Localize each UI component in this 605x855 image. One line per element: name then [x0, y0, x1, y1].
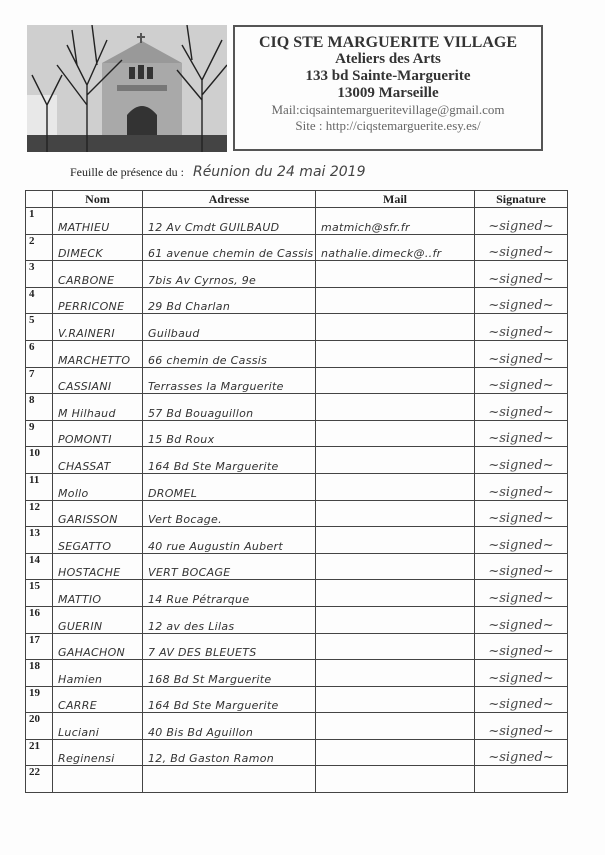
- row-mail-cell: [316, 633, 475, 660]
- row-signature: ~signed~: [475, 245, 567, 260]
- table-row: 6MARCHETTO66 chemin de Cassis~signed~: [26, 340, 568, 367]
- row-number-cell: 21: [26, 739, 53, 766]
- row-mail-cell: [316, 314, 475, 341]
- row-mail-cell: nathalie.dimeck@..fr: [316, 234, 475, 261]
- row-signature-cell: ~signed~: [475, 553, 568, 580]
- col-signature: Signature: [475, 191, 568, 208]
- row-number-cell: 17: [26, 633, 53, 660]
- row-number-cell: 3: [26, 261, 53, 288]
- row-signature-cell: ~signed~: [475, 420, 568, 447]
- row-number-cell: 4: [26, 287, 53, 314]
- row-nom-cell: Luciani: [53, 713, 143, 740]
- row-adresse: 61 avenue chemin de Cassis: [143, 247, 315, 260]
- row-mail-cell: [316, 394, 475, 421]
- row-signature-cell: ~signed~: [475, 314, 568, 341]
- row-adresse: 168 Bd St Marguerite: [143, 673, 315, 686]
- col-mail: Mail: [316, 191, 475, 208]
- row-adresse-cell: 14 Rue Pétrarque: [143, 580, 316, 607]
- row-nom-cell: CARBONE: [53, 261, 143, 288]
- row-adresse: VERT BOCAGE: [143, 566, 315, 579]
- row-adresse: 7bis Av Cyrnos, 9e: [143, 274, 315, 287]
- row-nom: POMONTI: [53, 433, 142, 446]
- row-mail-cell: [316, 606, 475, 633]
- row-nom-cell: GARISSON: [53, 500, 143, 527]
- table-row: 5V.RAINERIGuilbaud~signed~: [26, 314, 568, 341]
- table-row: 11MolloDROMEL~signed~: [26, 473, 568, 500]
- row-signature-cell: ~signed~: [475, 261, 568, 288]
- row-nom-cell: CASSIANI: [53, 367, 143, 394]
- row-signature: ~signed~: [475, 325, 567, 340]
- row-adresse: Terrasses la Marguerite: [143, 380, 315, 393]
- row-adresse-cell: Vert Bocage.: [143, 500, 316, 527]
- row-adresse-cell: 12 Av Cmdt GUILBAUD: [143, 208, 316, 235]
- row-nom-cell: Reginensi: [53, 739, 143, 766]
- meeting-name: Réunion du 24 mai 2019: [193, 164, 366, 180]
- row-mail-cell: [316, 447, 475, 474]
- row-nom: DIMECK: [53, 247, 142, 260]
- row-mail-cell: [316, 527, 475, 554]
- row-adresse-cell: [143, 766, 316, 793]
- row-number-cell: 8: [26, 394, 53, 421]
- row-signature-cell: ~signed~: [475, 287, 568, 314]
- row-number-cell: 9: [26, 420, 53, 447]
- row-nom: SEGATTO: [53, 540, 142, 553]
- row-adresse-cell: 7 AV DES BLEUETS: [143, 633, 316, 660]
- row-number-cell: 2: [26, 234, 53, 261]
- row-nom-cell: MATHIEU: [53, 208, 143, 235]
- attendance-sheet-line: Feuille de présence du : Réunion du 24 m…: [70, 164, 366, 180]
- row-signature: ~signed~: [475, 538, 567, 553]
- row-signature-cell: ~signed~: [475, 234, 568, 261]
- row-adresse-cell: 168 Bd St Marguerite: [143, 660, 316, 687]
- row-adresse-cell: DROMEL: [143, 473, 316, 500]
- header-box: CIQ STE MARGUERITE VILLAGE Ateliers des …: [233, 25, 543, 151]
- row-nom: HOSTACHE: [53, 566, 142, 579]
- contact-mail: Mail:ciqsaintemargueritevillage@gmail.co…: [235, 102, 541, 118]
- row-mail: nathalie.dimeck@..fr: [316, 247, 474, 260]
- row-nom-cell: Mollo: [53, 473, 143, 500]
- row-adresse: 164 Bd Ste Marguerite: [143, 460, 315, 473]
- row-adresse-cell: 12 av des Lilas: [143, 606, 316, 633]
- church-photo: [27, 25, 227, 152]
- row-mail-cell: [316, 287, 475, 314]
- row-nom-cell: GUERIN: [53, 606, 143, 633]
- row-nom: Luciani: [53, 726, 142, 739]
- row-nom: GARISSON: [53, 513, 142, 526]
- table-row: 13SEGATTO40 rue Augustin Aubert~signed~: [26, 527, 568, 554]
- row-adresse-cell: 15 Bd Roux: [143, 420, 316, 447]
- row-nom-cell: V.RAINERI: [53, 314, 143, 341]
- table-row: 17GAHACHON7 AV DES BLEUETS~signed~: [26, 633, 568, 660]
- row-mail-cell: [316, 473, 475, 500]
- row-adresse: Guilbaud: [143, 327, 315, 340]
- row-number-cell: 20: [26, 713, 53, 740]
- row-nom: CARBONE: [53, 274, 142, 287]
- row-signature-cell: ~signed~: [475, 473, 568, 500]
- row-mail-cell: matmich@sfr.fr: [316, 208, 475, 235]
- table-row: 8M Hilhaud57 Bd Bouaguillon~signed~: [26, 394, 568, 421]
- row-adresse-cell: 61 avenue chemin de Cassis: [143, 234, 316, 261]
- row-mail-cell: [316, 739, 475, 766]
- row-nom-cell: Hamien: [53, 660, 143, 687]
- row-number-cell: 12: [26, 500, 53, 527]
- table-row: 21Reginensi12, Bd Gaston Ramon~signed~: [26, 739, 568, 766]
- row-adresse-cell: 164 Bd Ste Marguerite: [143, 447, 316, 474]
- row-number-cell: 13: [26, 527, 53, 554]
- row-number-cell: 18: [26, 660, 53, 687]
- col-number: [26, 191, 53, 208]
- table-row: 2DIMECK61 avenue chemin de Cassisnathali…: [26, 234, 568, 261]
- table-row: 22: [26, 766, 568, 793]
- table-header-row: Nom Adresse Mail Signature: [26, 191, 568, 208]
- row-nom: GUERIN: [53, 620, 142, 633]
- row-adresse-cell: VERT BOCAGE: [143, 553, 316, 580]
- row-nom: Mollo: [53, 487, 142, 500]
- row-signature: ~signed~: [475, 219, 567, 234]
- row-nom-cell: MATTIO: [53, 580, 143, 607]
- row-adresse-cell: 40 rue Augustin Aubert: [143, 527, 316, 554]
- row-signature: ~signed~: [475, 697, 567, 712]
- row-number-cell: 19: [26, 686, 53, 713]
- row-nom: V.RAINERI: [53, 327, 142, 340]
- row-nom-cell: DIMECK: [53, 234, 143, 261]
- table-row: 9POMONTI15 Bd Roux~signed~: [26, 420, 568, 447]
- row-mail-cell: [316, 340, 475, 367]
- row-nom-cell: SEGATTO: [53, 527, 143, 554]
- row-nom-cell: MARCHETTO: [53, 340, 143, 367]
- row-mail-cell: [316, 686, 475, 713]
- venue: Ateliers des Arts: [235, 51, 541, 68]
- row-nom-cell: GAHACHON: [53, 633, 143, 660]
- row-signature-cell: ~signed~: [475, 580, 568, 607]
- row-signature-cell: ~signed~: [475, 686, 568, 713]
- table-row: 7CASSIANITerrasses la Marguerite~signed~: [26, 367, 568, 394]
- row-nom: M Hilhaud: [53, 407, 142, 420]
- row-signature-cell: ~signed~: [475, 394, 568, 421]
- row-adresse-cell: 7bis Av Cyrnos, 9e: [143, 261, 316, 288]
- row-signature: ~signed~: [475, 618, 567, 633]
- org-name: CIQ STE MARGUERITE VILLAGE: [235, 34, 541, 51]
- row-signature: ~signed~: [475, 591, 567, 606]
- row-adresse: 57 Bd Bouaguillon: [143, 407, 315, 420]
- row-adresse-cell: 40 Bis Bd Aguillon: [143, 713, 316, 740]
- row-adresse: 15 Bd Roux: [143, 433, 315, 446]
- row-signature: ~signed~: [475, 671, 567, 686]
- row-signature-cell: ~signed~: [475, 208, 568, 235]
- table-row: 3CARBONE7bis Av Cyrnos, 9e~signed~: [26, 261, 568, 288]
- contact-site: Site : http://ciqstemarguerite.esy.es/: [235, 118, 541, 134]
- row-mail: matmich@sfr.fr: [316, 221, 474, 234]
- row-adresse: DROMEL: [143, 487, 315, 500]
- row-signature-cell: ~signed~: [475, 500, 568, 527]
- row-adresse: 7 AV DES BLEUETS: [143, 646, 315, 659]
- row-number-cell: 14: [26, 553, 53, 580]
- row-signature-cell: ~signed~: [475, 606, 568, 633]
- row-signature: ~signed~: [475, 458, 567, 473]
- row-signature-cell: ~signed~: [475, 527, 568, 554]
- row-signature-cell: ~signed~: [475, 340, 568, 367]
- row-number-cell: 6: [26, 340, 53, 367]
- row-mail-cell: [316, 500, 475, 527]
- row-adresse-cell: 57 Bd Bouaguillon: [143, 394, 316, 421]
- row-mail-cell: [316, 367, 475, 394]
- row-nom-cell: CHASSAT: [53, 447, 143, 474]
- row-mail-cell: [316, 766, 475, 793]
- row-signature: ~signed~: [475, 564, 567, 579]
- row-signature-cell: ~signed~: [475, 633, 568, 660]
- row-nom-cell: HOSTACHE: [53, 553, 143, 580]
- church-image-icon: [27, 25, 227, 152]
- row-signature: ~signed~: [475, 431, 567, 446]
- row-signature: ~signed~: [475, 644, 567, 659]
- row-nom-cell: POMONTI: [53, 420, 143, 447]
- row-number-cell: 5: [26, 314, 53, 341]
- row-signature-cell: ~signed~: [475, 739, 568, 766]
- row-signature: ~signed~: [475, 405, 567, 420]
- row-signature: ~signed~: [475, 724, 567, 739]
- row-nom: PERRICONE: [53, 300, 142, 313]
- row-nom: CARRE: [53, 699, 142, 712]
- row-adresse-cell: 164 Bd Ste Marguerite: [143, 686, 316, 713]
- row-nom: MARCHETTO: [53, 354, 142, 367]
- row-mail-cell: [316, 261, 475, 288]
- row-nom-cell: M Hilhaud: [53, 394, 143, 421]
- row-nom: Hamien: [53, 673, 142, 686]
- row-adresse: Vert Bocage.: [143, 513, 315, 526]
- row-nom: GAHACHON: [53, 646, 142, 659]
- row-signature-cell: ~signed~: [475, 447, 568, 474]
- row-adresse: 12 av des Lilas: [143, 620, 315, 633]
- row-number-cell: 22: [26, 766, 53, 793]
- row-mail-cell: [316, 580, 475, 607]
- row-signature: ~signed~: [475, 352, 567, 367]
- table-row: 18Hamien168 Bd St Marguerite~signed~: [26, 660, 568, 687]
- row-signature-cell: ~signed~: [475, 367, 568, 394]
- row-adresse: 14 Rue Pétrarque: [143, 593, 315, 606]
- row-signature: ~signed~: [475, 511, 567, 526]
- city: 13009 Marseille: [235, 85, 541, 102]
- row-adresse-cell: 12, Bd Gaston Ramon: [143, 739, 316, 766]
- row-adresse: 12 Av Cmdt GUILBAUD: [143, 221, 315, 234]
- row-signature: ~signed~: [475, 298, 567, 313]
- row-nom: Reginensi: [53, 752, 142, 765]
- row-adresse-cell: Guilbaud: [143, 314, 316, 341]
- row-signature-cell: ~signed~: [475, 713, 568, 740]
- table-row: 4PERRICONE29 Bd Charlan~signed~: [26, 287, 568, 314]
- row-adresse: 66 chemin de Cassis: [143, 354, 315, 367]
- row-adresse-cell: Terrasses la Marguerite: [143, 367, 316, 394]
- table-row: 16GUERIN12 av des Lilas~signed~: [26, 606, 568, 633]
- row-mail-cell: [316, 660, 475, 687]
- row-signature: ~signed~: [475, 378, 567, 393]
- row-nom: MATTIO: [53, 593, 142, 606]
- row-adresse: 12, Bd Gaston Ramon: [143, 752, 315, 765]
- row-nom: MATHIEU: [53, 221, 142, 234]
- row-adresse: 164 Bd Ste Marguerite: [143, 699, 315, 712]
- table-row: 20Luciani40 Bis Bd Aguillon~signed~: [26, 713, 568, 740]
- table-row: 12GARISSONVert Bocage.~signed~: [26, 500, 568, 527]
- row-mail-cell: [316, 420, 475, 447]
- table-row: 1MATHIEU12 Av Cmdt GUILBAUDmatmich@sfr.f…: [26, 208, 568, 235]
- row-number-cell: 10: [26, 447, 53, 474]
- row-nom: CASSIANI: [53, 380, 142, 393]
- row-adresse: 40 Bis Bd Aguillon: [143, 726, 315, 739]
- row-signature-cell: ~signed~: [475, 660, 568, 687]
- row-signature-cell: [475, 766, 568, 793]
- row-nom-cell: [53, 766, 143, 793]
- row-adresse-cell: 29 Bd Charlan: [143, 287, 316, 314]
- row-number-cell: 1: [26, 208, 53, 235]
- row-number-cell: 7: [26, 367, 53, 394]
- row-signature: ~signed~: [475, 750, 567, 765]
- row-number-cell: 15: [26, 580, 53, 607]
- table-row: 10CHASSAT164 Bd Ste Marguerite~signed~: [26, 447, 568, 474]
- col-nom: Nom: [53, 191, 143, 208]
- row-signature: ~signed~: [475, 485, 567, 500]
- row-adresse: 29 Bd Charlan: [143, 300, 315, 313]
- row-adresse: 40 rue Augustin Aubert: [143, 540, 315, 553]
- row-nom-cell: PERRICONE: [53, 287, 143, 314]
- row-adresse-cell: 66 chemin de Cassis: [143, 340, 316, 367]
- table-row: 19CARRE164 Bd Ste Marguerite~signed~: [26, 686, 568, 713]
- row-nom-cell: CARRE: [53, 686, 143, 713]
- col-adresse: Adresse: [143, 191, 316, 208]
- row-mail-cell: [316, 713, 475, 740]
- table-row: 14HOSTACHEVERT BOCAGE~signed~: [26, 553, 568, 580]
- row-number-cell: 16: [26, 606, 53, 633]
- street-address: 133 bd Sainte-Marguerite: [235, 68, 541, 85]
- table-row: 15MATTIO14 Rue Pétrarque~signed~: [26, 580, 568, 607]
- row-nom: CHASSAT: [53, 460, 142, 473]
- row-signature: ~signed~: [475, 272, 567, 287]
- row-number-cell: 11: [26, 473, 53, 500]
- attendance-table: Nom Adresse Mail Signature 1MATHIEU12 Av…: [25, 190, 568, 793]
- attendance-sheet-label: Feuille de présence du :: [70, 165, 184, 179]
- row-mail-cell: [316, 553, 475, 580]
